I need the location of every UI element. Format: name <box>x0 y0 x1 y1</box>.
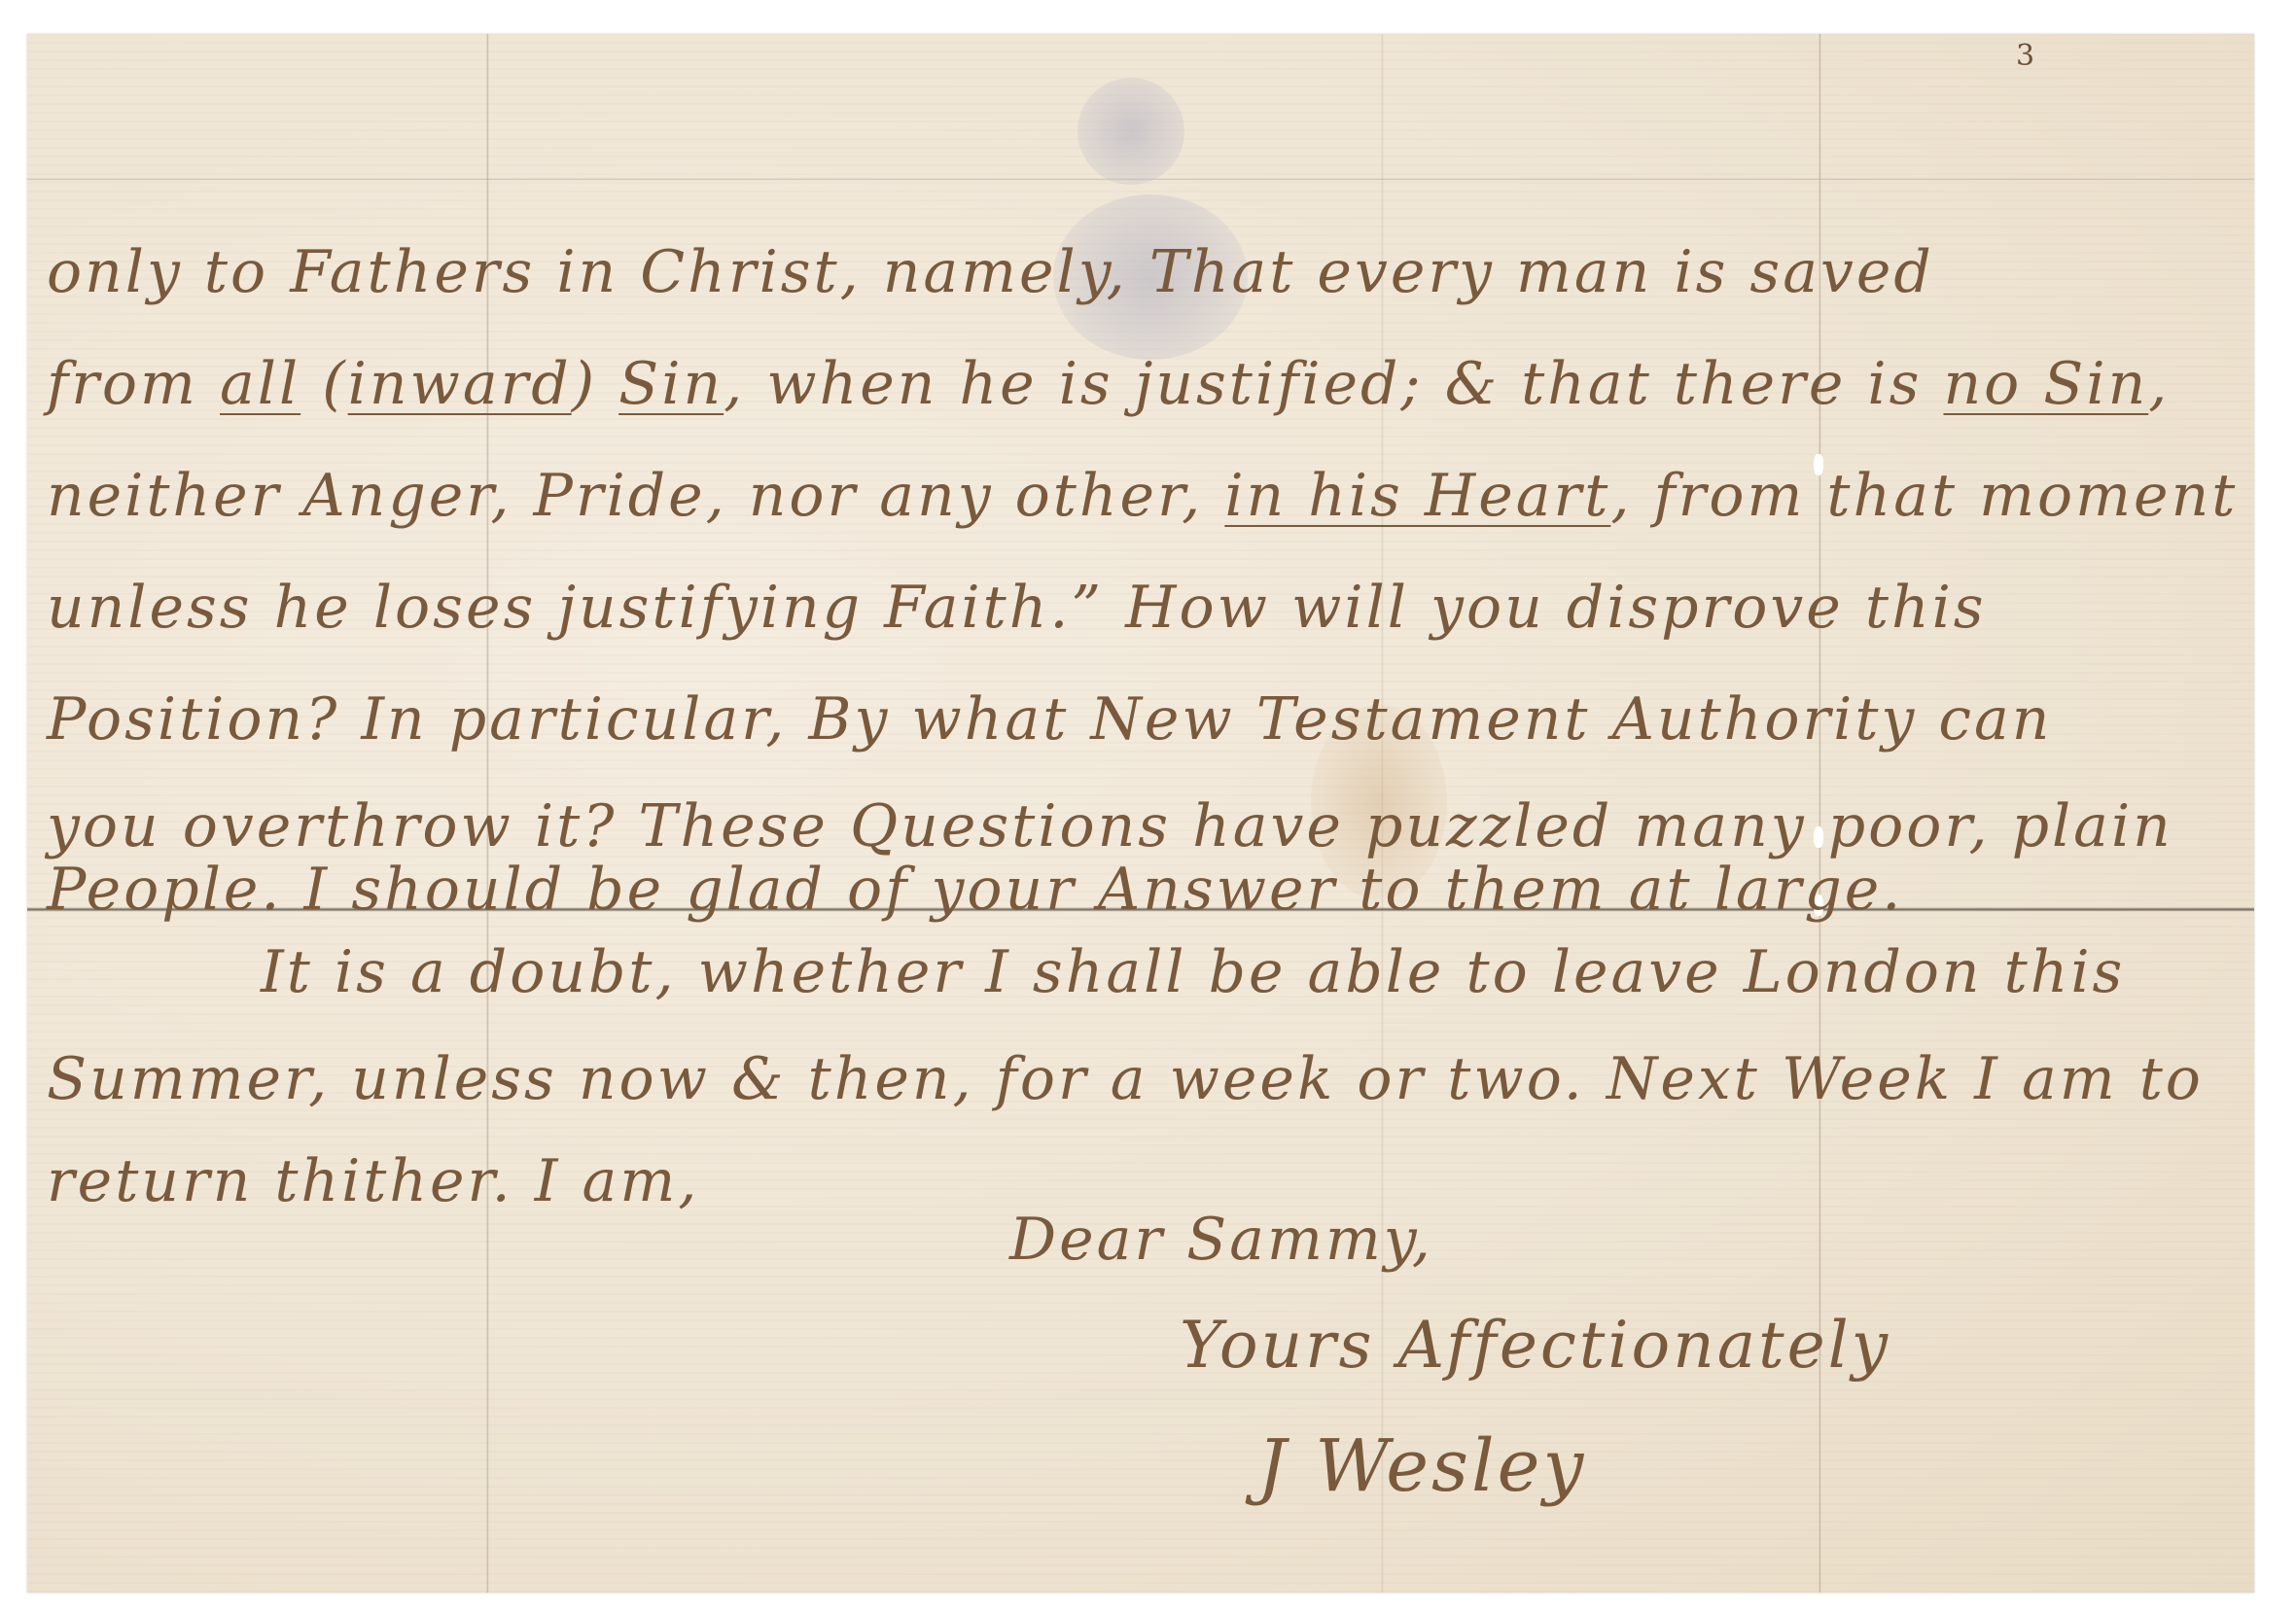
line-text: , when he is justified; & that there is <box>724 350 1943 418</box>
letter-line: It is a doubt, whether I shall be able t… <box>261 938 2125 1006</box>
line-text: from <box>47 350 220 418</box>
line-text: It is a doubt, whether I shall be able t… <box>261 938 2125 1006</box>
letter-line: only to Fathers in Christ, namely, That … <box>47 238 1934 306</box>
page-number: 3 <box>2016 39 2034 73</box>
underlined-text: no Sin <box>1943 350 2148 418</box>
letter-line: from all (inward) Sin, when he is justif… <box>47 350 2170 418</box>
signature: J Wesley <box>1257 1424 1586 1508</box>
underlined-text: inward <box>348 350 572 418</box>
salutation: Dear Sammy, <box>1009 1206 1433 1274</box>
line-text: Summer, unless now & then, for a week or… <box>47 1045 2204 1113</box>
line-text: People. I should be glad of your Answer … <box>47 856 1903 924</box>
line-text: only to Fathers in Christ, namely, That … <box>47 238 1934 306</box>
letter-line: return thither. I am, <box>47 1147 699 1215</box>
line-text: ) <box>572 350 618 418</box>
line-text: you overthrow it? These Questions have p… <box>47 792 2173 860</box>
letter-line: neither Anger, Pride, nor any other, in … <box>47 462 2238 530</box>
line-text: neither Anger, Pride, nor any other, <box>47 462 1224 530</box>
letter-line: unless he loses justifying Faith.” How w… <box>47 574 1987 642</box>
letter-line: Position? In particular, By what New Tes… <box>47 685 2052 754</box>
line-text: , <box>2148 350 2170 418</box>
underlined-text: in his Heart <box>1224 462 1610 530</box>
line-text: ( <box>300 350 347 418</box>
line-text: return thither. I am, <box>47 1147 699 1215</box>
line-text: unless he loses justifying Faith.” How w… <box>47 574 1987 642</box>
underlined-text: Sin <box>618 350 724 418</box>
letter-line: you overthrow it? These Questions have p… <box>47 792 2173 860</box>
letter-paper: 3 only to Fathers in Christ, namely, Tha… <box>27 34 2254 1593</box>
underlined-text: all <box>220 350 300 418</box>
wax-seal-residue-top <box>1077 78 1184 185</box>
letter-line: People. I should be glad of your Answer … <box>47 856 1903 924</box>
line-text: , from that moment <box>1610 462 2238 530</box>
closing: Yours Affectionately <box>1180 1308 1890 1383</box>
line-text: Position? In particular, By what New Tes… <box>47 685 2052 754</box>
letter-line: Summer, unless now & then, for a week or… <box>47 1045 2204 1113</box>
